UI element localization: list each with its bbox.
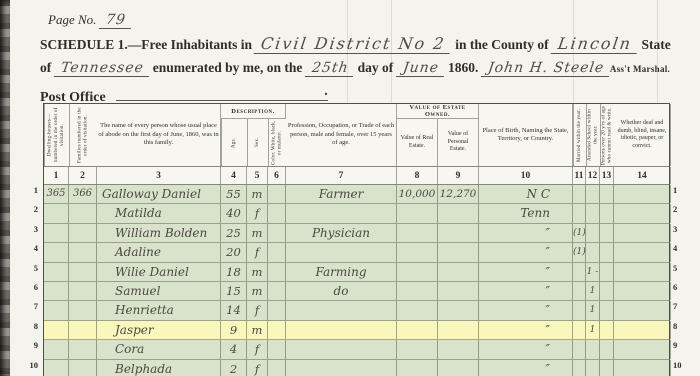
table-row: Samuel15mdo″1 (44, 282, 669, 301)
cell-remarks (614, 243, 671, 261)
cell-age: 40 (221, 204, 247, 222)
cell-personal-estate (438, 321, 479, 339)
col-header-age: Age. (221, 119, 247, 166)
cell-cannot-read (600, 263, 614, 281)
cell-birthplace: ″ (479, 321, 573, 339)
cell-married (573, 185, 586, 203)
cell-color (268, 360, 286, 376)
cell-birthplace: ″ (479, 263, 573, 281)
state-value: Tennessee (53, 60, 150, 77)
marshal-signature: John H. Steele (481, 60, 612, 77)
cell-birthplace: Tenn (479, 204, 573, 222)
cell-personal-estate (438, 301, 479, 319)
cell-real-estate (397, 340, 438, 358)
cell-name: Galloway Daniel (97, 185, 221, 203)
column-number-row: 1 2 3 4 5 6 7 8 9 10 11 12 13 14 (44, 167, 669, 185)
cell-personal-estate (438, 340, 479, 358)
cell-name: Wilie Daniel (97, 263, 221, 281)
cell-real-estate: 10,000 (397, 185, 438, 203)
state-label: State (641, 37, 670, 52)
cell-family: 366 (69, 185, 97, 203)
county-value: Lincoln (551, 34, 640, 54)
cell-sex: f (247, 204, 268, 222)
cell-age: 55 (221, 185, 247, 203)
schedule-line: SCHEDULE 1.—Free Inhabitants in Civil Di… (40, 34, 671, 54)
cell-color (268, 243, 286, 261)
cell-age: 25 (221, 224, 247, 242)
table-row: Cora4f″ (44, 340, 669, 359)
cell-birthplace: ″ (479, 301, 573, 319)
county-prefix: in the County of (455, 37, 548, 52)
cell-married (573, 204, 586, 222)
cell-occupation (286, 243, 397, 261)
table-header: Dwelling-houses— numbered in the order o… (44, 104, 669, 167)
enumeration-line: of Tennessee enumerated by me, on the 25… (40, 60, 670, 77)
cell-personal-estate (438, 204, 479, 222)
month-value: June (395, 60, 445, 77)
cell-age: 9 (221, 321, 247, 339)
table-row: Belphada2f″ (44, 360, 669, 376)
cell-school: 1 (586, 321, 600, 339)
cell-occupation: Physician (286, 224, 397, 242)
cell-color (268, 282, 286, 300)
cell-occupation: do (286, 282, 397, 300)
col-num-7: 7 (286, 167, 397, 184)
col-num-5: 5 (247, 167, 268, 184)
col-header-birthplace: Place of Birth, Naming the State, Territ… (479, 104, 573, 166)
cell-age: 4 (221, 340, 247, 358)
cell-age: 15 (221, 282, 247, 300)
cell-name: Jasper (97, 321, 221, 339)
col-header-sex: Sex. (247, 119, 268, 166)
col-header-profession: Profession, Occupation, or Trade of each… (286, 104, 397, 166)
page-number-line: Page No. 79 (48, 12, 131, 29)
cell-remarks (614, 340, 671, 358)
cell-remarks (614, 301, 671, 319)
col-header-personal-estate: Value of Personal Estate. (438, 119, 479, 166)
cell-family (69, 204, 97, 222)
marshal-title: Ass't Marshal. (610, 64, 670, 74)
row-number: 3 (20, 221, 38, 240)
col-num-8: 8 (397, 167, 438, 184)
table-row: Jasper9m″1 (44, 321, 669, 340)
row-number: 6 (673, 279, 691, 298)
cell-dwelling: 365 (44, 185, 69, 203)
cell-remarks (614, 263, 671, 281)
census-table: Dwelling-houses— numbered in the order o… (43, 103, 670, 376)
cell-real-estate (397, 243, 438, 261)
cell-married (573, 282, 586, 300)
book-binding-edge (0, 0, 10, 376)
district-value: Civil District No 2 (254, 34, 453, 54)
cell-cannot-read (600, 185, 614, 203)
cell-color (268, 224, 286, 242)
table-row: 365366Galloway Daniel55mFarmer10,00012,2… (44, 185, 669, 204)
day-value: 25th (305, 60, 356, 77)
row-number: 7 (20, 298, 38, 317)
col-header-family: Families numbered in the order of visita… (69, 104, 97, 166)
cell-remarks (614, 321, 671, 339)
cell-occupation: Farming (286, 263, 397, 281)
cell-family (69, 340, 97, 358)
cell-personal-estate (438, 224, 479, 242)
cell-sex: m (247, 185, 268, 203)
row-number: 1 (673, 182, 691, 201)
cell-remarks (614, 282, 671, 300)
cell-school (586, 185, 600, 203)
cell-name: Henrietta (97, 301, 221, 319)
cell-color (268, 340, 286, 358)
cell-name: William Bolden (97, 224, 221, 242)
cell-cannot-read (600, 360, 614, 376)
row-number: 3 (673, 221, 691, 240)
cell-birthplace: ″ (479, 243, 573, 261)
cell-personal-estate (438, 243, 479, 261)
cell-dwelling (44, 224, 69, 242)
cell-sex: m (247, 263, 268, 281)
cell-dwelling (44, 301, 69, 319)
cell-married (573, 301, 586, 319)
cell-married (573, 340, 586, 358)
cell-personal-estate (438, 263, 479, 281)
cell-name: Adaline (97, 243, 221, 261)
schedule-title: SCHEDULE 1.—Free Inhabitants in (40, 37, 252, 52)
table-row: Henrietta14f″1 (44, 301, 669, 320)
cell-school (586, 360, 600, 376)
cell-school: 1 - (586, 263, 600, 281)
page-number-label: Page No. (48, 12, 96, 27)
group-header-estate: Value of Estate Owned. (397, 104, 479, 119)
col-header-remarks: Whether deaf and dumb, blind, insane, id… (614, 104, 671, 166)
row-number: 2 (673, 201, 691, 220)
row-number: 7 (673, 298, 691, 317)
cell-occupation: Farmer (286, 185, 397, 203)
enumerated-text: enumerated by me, on the (153, 60, 303, 75)
cell-occupation (286, 340, 397, 358)
row-number: 5 (20, 260, 38, 279)
cell-school: 1 (586, 301, 600, 319)
cell-married (573, 321, 586, 339)
cell-birthplace: N C (479, 185, 573, 203)
cell-dwelling (44, 340, 69, 358)
row-number: 4 (673, 240, 691, 259)
cell-real-estate (397, 321, 438, 339)
cell-sex: m (247, 282, 268, 300)
cell-real-estate (397, 224, 438, 242)
row-number: 9 (673, 337, 691, 356)
cell-dwelling (44, 243, 69, 261)
cell-family (69, 224, 97, 242)
cell-color (268, 321, 286, 339)
cell-cannot-read (600, 340, 614, 358)
cell-remarks (614, 224, 671, 242)
cell-remarks (614, 360, 671, 376)
cell-school (586, 204, 600, 222)
cell-name: Belphada (97, 360, 221, 376)
cell-personal-estate (438, 282, 479, 300)
cell-sex: f (247, 301, 268, 319)
col-num-11: 11 (573, 167, 586, 184)
cell-color (268, 204, 286, 222)
table-row: Matilda40fTenn (44, 204, 669, 223)
col-header-dwelling: Dwelling-houses— numbered in the order o… (44, 104, 69, 166)
cell-sex: f (247, 360, 268, 376)
row-number: 9 (20, 337, 38, 356)
col-header-school: Attended School within the year. (586, 104, 600, 166)
page-number-value: 79 (98, 12, 132, 29)
cell-married (573, 263, 586, 281)
cell-age: 18 (221, 263, 247, 281)
cell-dwelling (44, 360, 69, 376)
cell-sex: f (247, 243, 268, 261)
cell-real-estate (397, 263, 438, 281)
cell-real-estate (397, 204, 438, 222)
row-number: 4 (20, 240, 38, 259)
cell-dwelling (44, 282, 69, 300)
cell-age: 20 (221, 243, 247, 261)
cell-school: 1 (586, 282, 600, 300)
day-of-label: day of (358, 60, 394, 75)
col-header-married: Married within the year. (573, 104, 586, 166)
cell-married (573, 360, 586, 376)
row-number: 2 (20, 201, 38, 220)
cell-real-estate (397, 301, 438, 319)
cell-dwelling (44, 263, 69, 281)
row-number: 8 (673, 318, 691, 337)
cell-name: Matilda (97, 204, 221, 222)
cell-personal-estate: 12,270 (438, 185, 479, 203)
col-header-real-estate: Value of Real Estate. (397, 119, 438, 166)
row-number: 10 (20, 357, 38, 376)
cell-birthplace: ″ (479, 224, 573, 242)
cell-married: (1) (573, 243, 586, 261)
left-row-numbers: 12345678910 (20, 182, 38, 376)
cell-family (69, 321, 97, 339)
cell-color (268, 301, 286, 319)
col-num-10: 10 (479, 167, 573, 184)
group-header-description: Description. (221, 104, 286, 119)
col-num-9: 9 (438, 167, 479, 184)
col-num-6: 6 (268, 167, 286, 184)
cell-family (69, 301, 97, 319)
cell-birthplace: ″ (479, 360, 573, 376)
table-row: Adaline20f″(1) (44, 243, 669, 262)
row-number: 5 (673, 260, 691, 279)
row-number: 6 (20, 279, 38, 298)
cell-real-estate (397, 282, 438, 300)
cell-age: 2 (221, 360, 247, 376)
cell-occupation (286, 301, 397, 319)
row-number: 10 (673, 357, 691, 376)
of-label: of (40, 60, 51, 75)
cell-cannot-read (600, 243, 614, 261)
col-header-name: The name of every person whose usual pla… (97, 104, 221, 166)
cell-family (69, 282, 97, 300)
year-value: 1860. (448, 60, 478, 75)
col-num-1: 1 (44, 167, 69, 184)
cell-real-estate (397, 360, 438, 376)
cell-remarks (614, 185, 671, 203)
table-row: Wilie Daniel18mFarming″1 - (44, 263, 669, 282)
cell-school (586, 340, 600, 358)
cell-dwelling (44, 321, 69, 339)
cell-school (586, 243, 600, 261)
cell-occupation (286, 204, 397, 222)
row-number: 1 (20, 182, 38, 201)
cell-family (69, 360, 97, 376)
cell-married: (1) (573, 224, 586, 242)
cell-name: Samuel (97, 282, 221, 300)
cell-color (268, 263, 286, 281)
col-num-3: 3 (97, 167, 221, 184)
cell-age: 14 (221, 301, 247, 319)
col-header-cannot-read: Persons over 20 y'rs of age who cannot r… (600, 104, 614, 166)
cell-occupation (286, 321, 397, 339)
cell-color (268, 185, 286, 203)
col-num-12: 12 (586, 167, 600, 184)
col-num-13: 13 (600, 167, 614, 184)
col-header-color: Color. White, black, or mulatto. (268, 119, 286, 166)
cell-cannot-read (600, 301, 614, 319)
cell-cannot-read (600, 224, 614, 242)
cell-cannot-read (600, 321, 614, 339)
cell-name: Cora (97, 340, 221, 358)
table-row: William Bolden25mPhysician″(1) (44, 224, 669, 243)
cell-occupation (286, 360, 397, 376)
cell-sex: m (247, 321, 268, 339)
cell-cannot-read (600, 204, 614, 222)
right-row-numbers: 12345678910 (673, 182, 691, 376)
table-body: 365366Galloway Daniel55mFarmer10,00012,2… (44, 185, 669, 376)
cell-family (69, 263, 97, 281)
col-num-4: 4 (221, 167, 247, 184)
row-number: 8 (20, 318, 38, 337)
cell-sex: f (247, 340, 268, 358)
cell-birthplace: ″ (479, 340, 573, 358)
cell-family (69, 243, 97, 261)
col-num-14: 14 (614, 167, 671, 184)
cell-school (586, 224, 600, 242)
cell-sex: m (247, 224, 268, 242)
cell-remarks (614, 204, 671, 222)
cell-dwelling (44, 204, 69, 222)
col-num-2: 2 (69, 167, 97, 184)
cell-birthplace: ″ (479, 282, 573, 300)
cell-personal-estate (438, 360, 479, 376)
post-office-blank: . (116, 84, 328, 101)
cell-cannot-read (600, 282, 614, 300)
